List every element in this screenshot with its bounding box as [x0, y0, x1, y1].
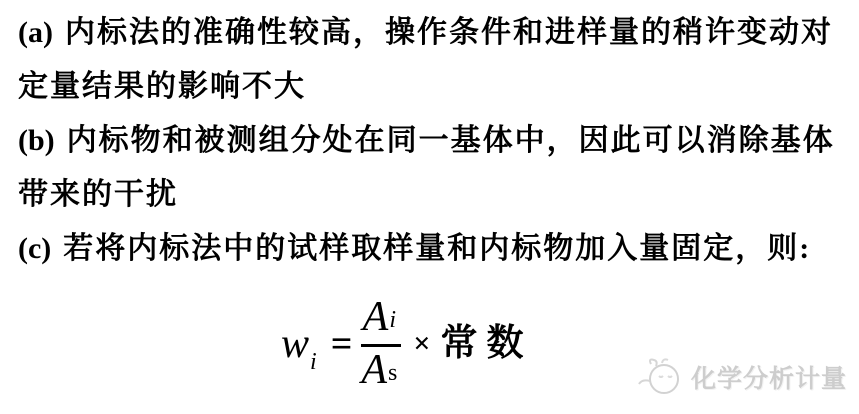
paragraph-b-text-2: 带来的干扰 [18, 178, 178, 211]
equals-sign: = [331, 325, 353, 363]
numerator-subscript: i [389, 308, 396, 332]
fraction-denominator: As [361, 347, 401, 391]
item-marker-b: (b) [18, 124, 55, 157]
mascot-logo-icon [635, 354, 685, 400]
document-page: (a)内标法的准确性较高，操作条件和进样量的稍许变动对 定量结果的影响不大 (b… [0, 0, 859, 414]
watermark-text: 化学分析计量 [691, 359, 847, 395]
item-marker-a: (a) [18, 16, 53, 49]
body-text: (a)内标法的准确性较高，操作条件和进样量的稍许变动对 定量结果的影响不大 (b… [18, 6, 848, 276]
paragraph-a-line-1: (a)内标法的准确性较高，操作条件和进样量的稍许变动对 [18, 6, 848, 60]
multiply-sign: × [413, 329, 430, 359]
item-marker-c: (c) [18, 232, 51, 265]
paragraph-c-line-1: (c)若将内标法中的试样取样量和内标物加入量固定，则: [18, 222, 848, 276]
denominator-subscript: s [388, 361, 397, 385]
paragraph-a-text-1: 内标法的准确性较高，操作条件和进样量的稍许变动对 [65, 16, 833, 49]
equation-wi: wi = Ai As × 常数 [281, 296, 532, 391]
lhs-variable: w [281, 321, 309, 367]
watermark: 化学分析计量 [635, 354, 847, 400]
paragraph-a-line-2: 定量结果的影响不大 [18, 60, 848, 114]
constant-label: 常数 [440, 325, 532, 362]
paragraph-b-line-1: (b)内标物和被测组分处在同一基体中，因此可以消除基体 [18, 114, 848, 168]
numerator-variable: A [363, 296, 389, 338]
denominator-variable: A [361, 349, 387, 391]
fraction: Ai As [361, 296, 401, 391]
paragraph-b-text-1: 内标物和被测组分处在同一基体中，因此可以消除基体 [67, 124, 835, 157]
lhs-subscript: i [310, 349, 317, 375]
equation-lhs: wi [281, 323, 317, 365]
fraction-numerator: Ai [363, 296, 400, 344]
paragraph-b-line-2: 带来的干扰 [18, 168, 848, 222]
paragraph-a-text-2: 定量结果的影响不大 [18, 70, 306, 103]
paragraph-c-text-1: 若将内标法中的试样取样量和内标物加入量固定，则: [63, 232, 811, 265]
